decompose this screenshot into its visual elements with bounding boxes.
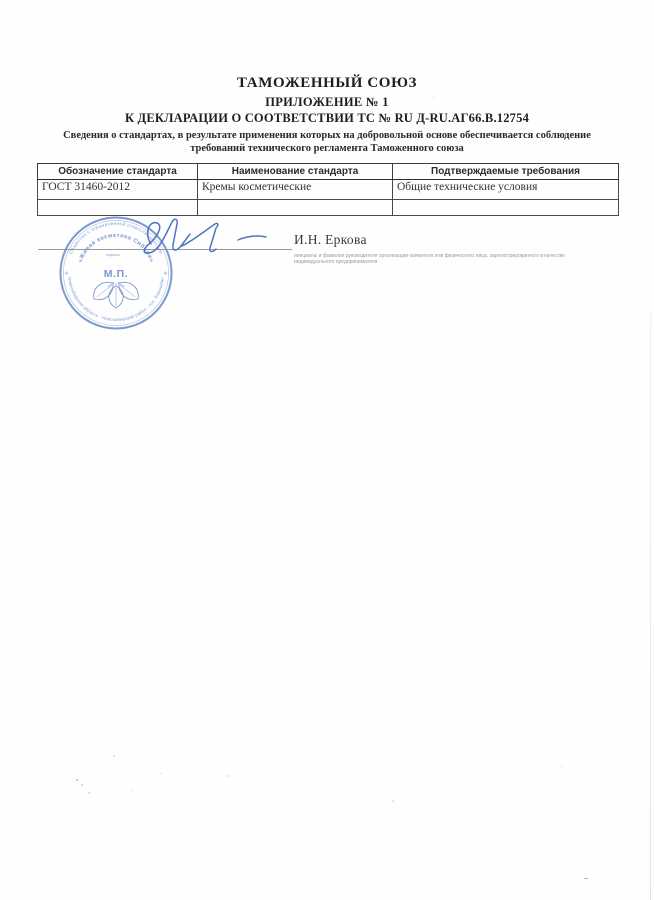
table-header-row: Обозначение стандарта Наименование станд… <box>38 164 619 180</box>
scan-speck <box>226 775 228 777</box>
stamp-star-right-icon: ✳ <box>163 271 167 277</box>
cell-standard-designation: ГОСТ 31460-2012 <box>38 180 198 200</box>
cell-standard-name: Кремы косметические <box>198 180 393 200</box>
stamp-star-left-icon: ✳ <box>64 271 68 277</box>
scan-corner-mark <box>584 875 590 879</box>
declaration-number-line: К ДЕКЛАРАЦИИ О СООТВЕТСТВИИ ТС № RU Д-RU… <box>0 111 654 126</box>
stamp-signature-word: подпись <box>106 253 120 257</box>
scan-speck <box>560 766 562 767</box>
standards-table: Обозначение стандарта Наименование станд… <box>37 163 619 216</box>
scanned-document-page: ТАМОЖЕННЫЙ СОЮЗ ПРИЛОЖЕНИЕ № 1 К ДЕКЛАРА… <box>0 0 654 900</box>
stamp-mp-label: М.П. <box>104 268 129 280</box>
appendix-subtitle: ПРИЛОЖЕНИЕ № 1 <box>0 95 654 109</box>
scan-speck <box>88 792 90 794</box>
handwritten-signature <box>130 212 280 264</box>
cell-empty <box>393 200 619 216</box>
document-header: ТАМОЖЕННЫЙ СОЮЗ ПРИЛОЖЕНИЕ № 1 К ДЕКЛАРА… <box>0 75 654 155</box>
scan-speck <box>160 773 162 774</box>
scan-speck <box>392 800 394 802</box>
description-line-2: требований технического регламента Тамож… <box>0 142 654 155</box>
signature-caption-line-2: индивидуального предпринимателя <box>294 259 614 265</box>
description-line-1: Сведения о стандартах, в результате прим… <box>0 129 654 142</box>
column-header-name: Наименование стандарта <box>198 164 393 180</box>
cell-requirements: Общие технические условия <box>393 180 619 200</box>
column-header-designation: Обозначение стандарта <box>38 164 198 180</box>
scan-speck <box>81 784 83 786</box>
table-row: ГОСТ 31460-2012 Кремы косметические Общи… <box>38 180 619 200</box>
signature-caption: инициалы и фамилия руководителя организа… <box>294 253 614 265</box>
page-edge-shadow <box>650 310 651 900</box>
signatory-name: И.Н. Еркова <box>294 232 367 248</box>
scan-speck <box>76 779 78 781</box>
leaf-emblem-icon <box>94 282 139 308</box>
scan-speck <box>131 789 132 791</box>
scan-speck <box>433 97 435 98</box>
scan-speck <box>113 755 115 757</box>
column-header-requirements: Подтверждаемые требования <box>393 164 619 180</box>
page-title: ТАМОЖЕННЫЙ СОЮЗ <box>0 75 654 92</box>
